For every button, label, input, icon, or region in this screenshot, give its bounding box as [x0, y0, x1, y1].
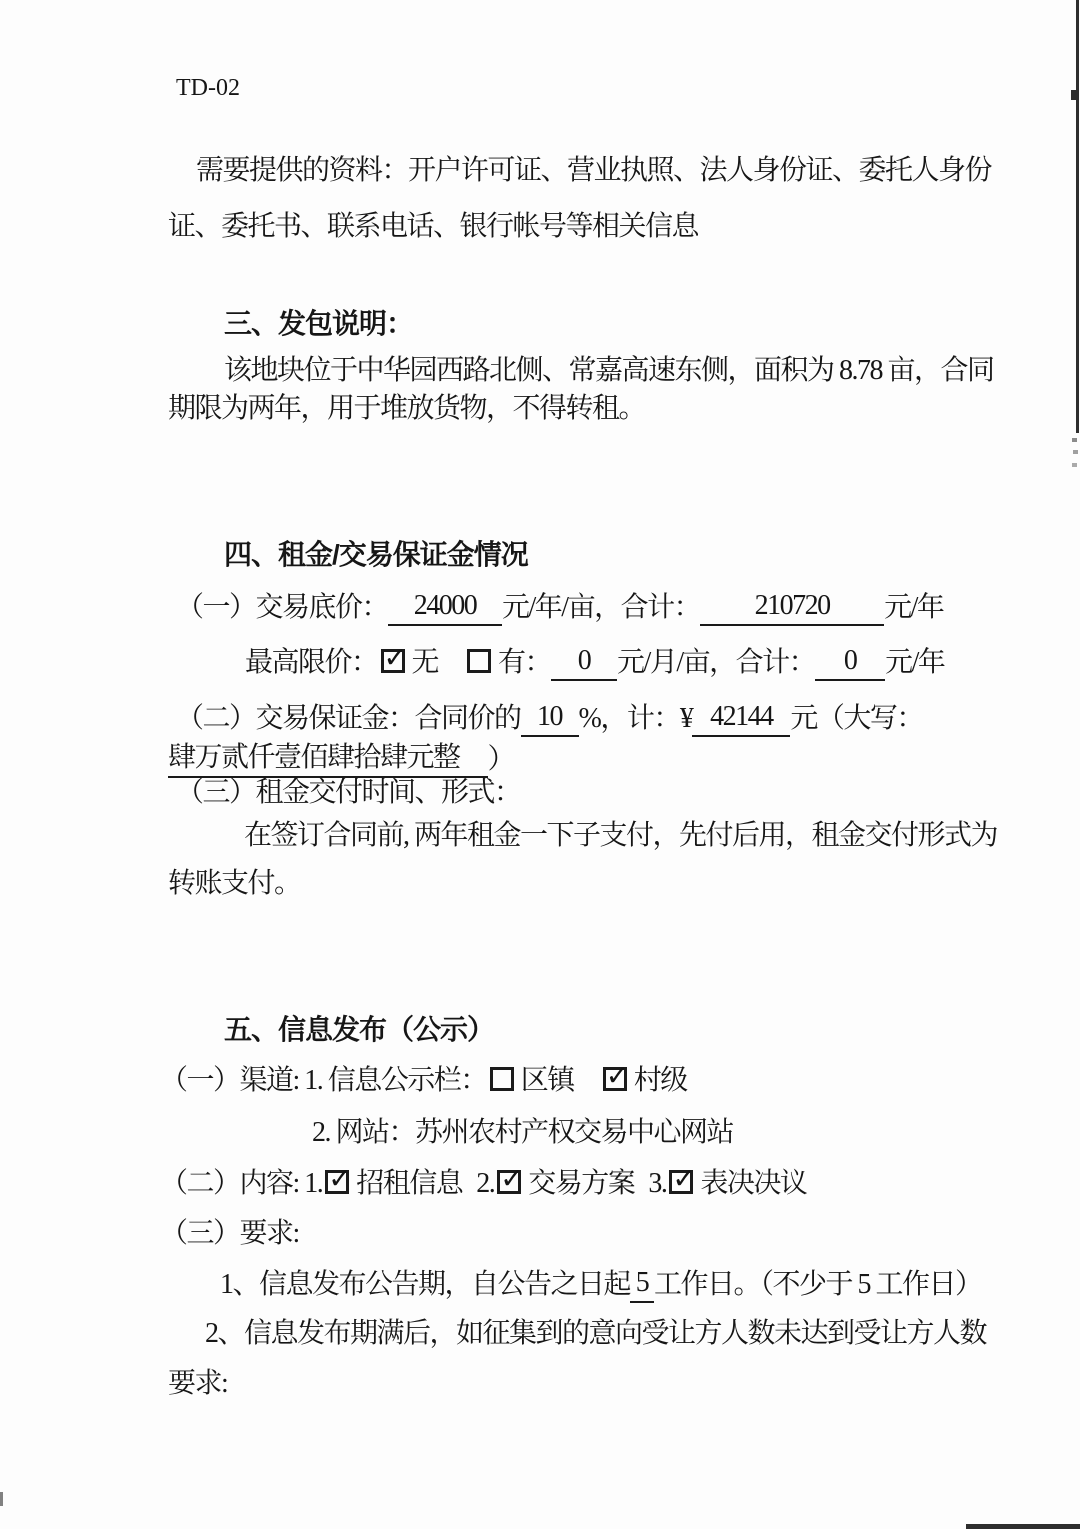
section4-heading-text: 四、租金/交易保证金情况 — [224, 539, 528, 570]
section3-heading: 三、发包说明： — [224, 306, 413, 342]
rent-payment-label: （三）租金交付时间、形式： — [176, 777, 521, 808]
deposit-close-paren: ） — [488, 744, 515, 775]
channel-village-label: 村级 — [634, 1065, 687, 1096]
section3-text-1: 该地块位于中华园西路北侧、常嘉高速东侧，面积为 8.78 亩，合同 — [224, 355, 994, 386]
max-price-field-1: 0 — [551, 643, 617, 681]
channel-website-text: 2. 网站：苏州农村产权交易中心网站 — [312, 1117, 733, 1148]
scan-artifact-right-line — [1076, 0, 1079, 433]
section5-heading-text: 五、信息发布（公示） — [224, 1014, 494, 1045]
rent-payment-text-1: 在签订合同前, 两年租金一下子支付，先付后用，租金交付形式为 — [244, 820, 997, 851]
requirement-2-text-1: 2、信息发布期满后，如征集到的意向受让方人数未达到受让方人数 — [205, 1318, 986, 1349]
channel-village-checkbox[interactable]: ✓ — [603, 1067, 627, 1091]
requirements-label-line: （三）要求: — [160, 1216, 299, 1252]
content-resolution-checkbox[interactable]: ✓ — [669, 1170, 693, 1194]
total-price-value: 210720 — [755, 590, 830, 621]
deposit-mid: %，计：¥ — [579, 703, 693, 734]
base-price-value: 24000 — [414, 590, 477, 621]
scan-artifact-right-nub — [1071, 90, 1077, 100]
intro-text-2: 证、委托书、联系电话、银行帐号等相关信息 — [168, 211, 698, 242]
scan-artifact-dash-3 — [1072, 463, 1077, 467]
channel-prefix: （一）渠道: 1. 信息公示栏： — [160, 1065, 487, 1096]
check-icon: ✓ — [672, 1161, 695, 1197]
requirement-1-prefix: 1、信息发布公告期，自公告之日起 — [220, 1269, 630, 1300]
max-price-line: 最高限价：✓无有：0元/月/亩，合计：0元/年 — [245, 643, 944, 681]
max-price-none-checkbox[interactable]: ✓ — [381, 649, 405, 673]
channel-website-line: 2. 网站：苏州农村产权交易中心网站 — [312, 1115, 733, 1151]
rent-payment-label-line: （三）租金交付时间、形式： — [176, 775, 521, 811]
channel-line: （一）渠道: 1. 信息公示栏：区镇✓村级 — [160, 1063, 687, 1099]
base-price-unit1: 元/年/亩，合计： — [502, 592, 700, 623]
requirements-label: （三）要求: — [160, 1218, 299, 1249]
max-price-has-checkbox[interactable] — [467, 649, 491, 673]
deposit-percent-value: 10 — [537, 701, 562, 732]
content-line: （二）内容: 1.✓招租信息2.✓交易方案3.✓表决决议 — [160, 1166, 806, 1202]
deposit-words-field: 肆万贰仟壹佰肆拾肆元整 — [168, 740, 488, 778]
content-resolution-label: 表决决议 — [700, 1168, 806, 1199]
scan-artifact-bottom-strip — [966, 1524, 1080, 1529]
section3-line-1: 该地块位于中华园西路北侧、常嘉高速东侧，面积为 8.78 亩，合同 — [224, 353, 994, 389]
check-icon: ✓ — [328, 1161, 351, 1197]
section5-heading: 五、信息发布（公示） — [224, 1012, 494, 1048]
deposit-words-line: 肆万贰仟壹佰肆拾肆元整） — [168, 740, 514, 778]
deposit-percent-field: 10 — [521, 699, 579, 737]
max-price-field-2: 0 — [815, 643, 885, 681]
content-num3: 3. — [648, 1168, 666, 1199]
content-rent-info-label: 招租信息 — [356, 1168, 462, 1199]
max-price-has-label: 有： — [498, 647, 551, 678]
rent-payment-text-2: 转账支付。 — [168, 868, 301, 899]
max-price-none-label: 无 — [412, 647, 439, 678]
base-price-prefix: （一）交易底价： — [176, 592, 388, 623]
deposit-prefix: （二）交易保证金：合同价的 — [176, 703, 521, 734]
document-page: TD-02 需要提供的资料：开户许可证、营业执照、法人身份证、委托人身份 证、委… — [0, 0, 1080, 1529]
deposit-suffix: 元（大写： — [790, 703, 923, 734]
section3-heading-text: 三、发包说明： — [224, 308, 413, 339]
doc-code-text: TD-02 — [176, 75, 240, 101]
intro-line-1: 需要提供的资料：开户许可证、营业执照、法人身份证、委托人身份 — [196, 153, 991, 189]
intro-text-1: 需要提供的资料：开户许可证、营业执照、法人身份证、委托人身份 — [196, 155, 991, 186]
section3-text-2: 期限为两年，用于堆放货物，不得转租。 — [168, 393, 645, 424]
scan-artifact-dash-2 — [1073, 450, 1078, 454]
requirement-1-suffix: 工作日。（不少于 5 工作日） — [654, 1269, 982, 1300]
max-price-value-2: 0 — [844, 645, 857, 676]
max-price-unit1: 元/月/亩，合计： — [617, 647, 815, 678]
section4-heading: 四、租金/交易保证金情况 — [224, 537, 528, 573]
rent-payment-line-1: 在签订合同前, 两年租金一下子支付，先付后用，租金交付形式为 — [244, 818, 997, 854]
doc-code: TD-02 — [176, 70, 240, 106]
check-icon: ✓ — [606, 1058, 629, 1094]
content-trade-plan-label: 交易方案 — [528, 1168, 634, 1199]
requirement-2-line-2: 要求: — [168, 1366, 227, 1402]
total-price-field: 210720 — [700, 588, 884, 626]
deposit-words-value: 肆万贰仟壹佰肆拾肆元整 — [168, 742, 460, 773]
scan-artifact-left-mark — [0, 1492, 3, 1506]
content-rent-info-checkbox[interactable]: ✓ — [325, 1170, 349, 1194]
notice-days-field: 5 — [630, 1265, 654, 1303]
intro-line-2: 证、委托书、联系电话、银行帐号等相关信息 — [168, 209, 698, 245]
max-price-unit2: 元/年 — [885, 647, 944, 678]
requirement-2-text-2: 要求: — [168, 1368, 227, 1399]
max-price-value-1: 0 — [578, 645, 591, 676]
channel-district-label: 区镇 — [521, 1065, 574, 1096]
deposit-amount-value: 42144 — [710, 701, 773, 732]
scan-artifact-dash-1 — [1072, 438, 1077, 442]
max-price-label: 最高限价： — [245, 647, 378, 678]
deposit-line: （二）交易保证金：合同价的10%，计：¥42144元（大写： — [176, 699, 923, 737]
content-num2: 2. — [476, 1168, 494, 1199]
section3-line-2: 期限为两年，用于堆放货物，不得转租。 — [168, 391, 645, 427]
notice-days-value: 5 — [636, 1267, 649, 1298]
check-icon: ✓ — [500, 1161, 523, 1197]
base-price-field: 24000 — [388, 588, 502, 626]
requirement-2-line-1: 2、信息发布期满后，如征集到的意向受让方人数未达到受让方人数 — [205, 1316, 986, 1352]
requirement-1-line: 1、信息发布公告期，自公告之日起5工作日。（不少于 5 工作日） — [220, 1265, 982, 1303]
content-prefix: （二）内容: 1. — [160, 1168, 322, 1199]
base-price-unit2: 元/年 — [884, 592, 943, 623]
channel-district-checkbox[interactable] — [490, 1067, 514, 1091]
deposit-amount-field: 42144 — [692, 699, 790, 737]
rent-payment-line-2: 转账支付。 — [168, 866, 301, 902]
check-icon: ✓ — [384, 640, 407, 676]
content-trade-plan-checkbox[interactable]: ✓ — [497, 1170, 521, 1194]
base-price-line: （一）交易底价：24000元/年/亩，合计：210720元/年 — [176, 588, 943, 626]
